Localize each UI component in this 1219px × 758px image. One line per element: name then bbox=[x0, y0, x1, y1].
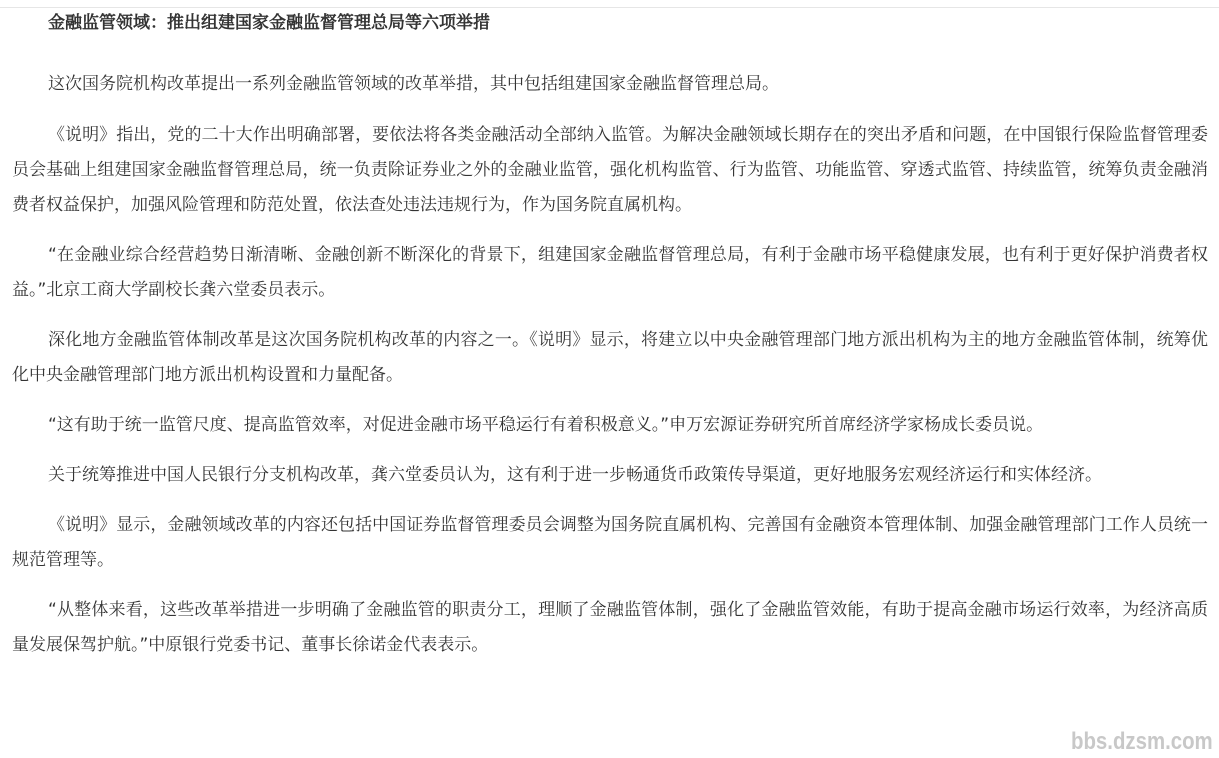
paragraph: 这次国务院机构改革提出一系列金融监管领域的改革举措，其中包括组建国家金融监督管理… bbox=[12, 67, 1208, 102]
paragraph: 《说明》显示，金融领域改革的内容还包括中国证券监督管理委员会调整为国务院直属机构… bbox=[12, 508, 1208, 578]
article-body: 金融监管领域：推出组建国家金融监督管理总局等六项举措 这次国务院机构改革提出一系… bbox=[12, 8, 1208, 663]
watermark: bbs.dzsm.com bbox=[1071, 728, 1213, 756]
paragraph: 深化地方金融监管体制改革是这次国务院机构改革的内容之一。《说明》显示，将建立以中… bbox=[12, 323, 1208, 393]
paragraph: 关于统筹推进中国人民银行分支机构改革，龚六堂委员认为，这有利于进一步畅通货币政策… bbox=[12, 458, 1208, 493]
paragraph: “从整体来看，这些改革举措进一步明确了金融监管的职责分工，理顺了金融监管体制，强… bbox=[12, 593, 1208, 663]
paragraph: “这有助于统一监管尺度、提高监管效率，对促进金融市场平稳运行有着积极意义。”申万… bbox=[12, 408, 1208, 443]
paragraph: 《说明》指出，党的二十大作出明确部署，要依法将各类金融活动全部纳入监管。为解决金… bbox=[12, 118, 1208, 223]
paragraph: “在金融业综合经营趋势日渐清晰、金融创新不断深化的背景下，组建国家金融监督管理总… bbox=[12, 238, 1208, 308]
section-heading: 金融监管领域：推出组建国家金融监督管理总局等六项举措 bbox=[12, 8, 1208, 38]
